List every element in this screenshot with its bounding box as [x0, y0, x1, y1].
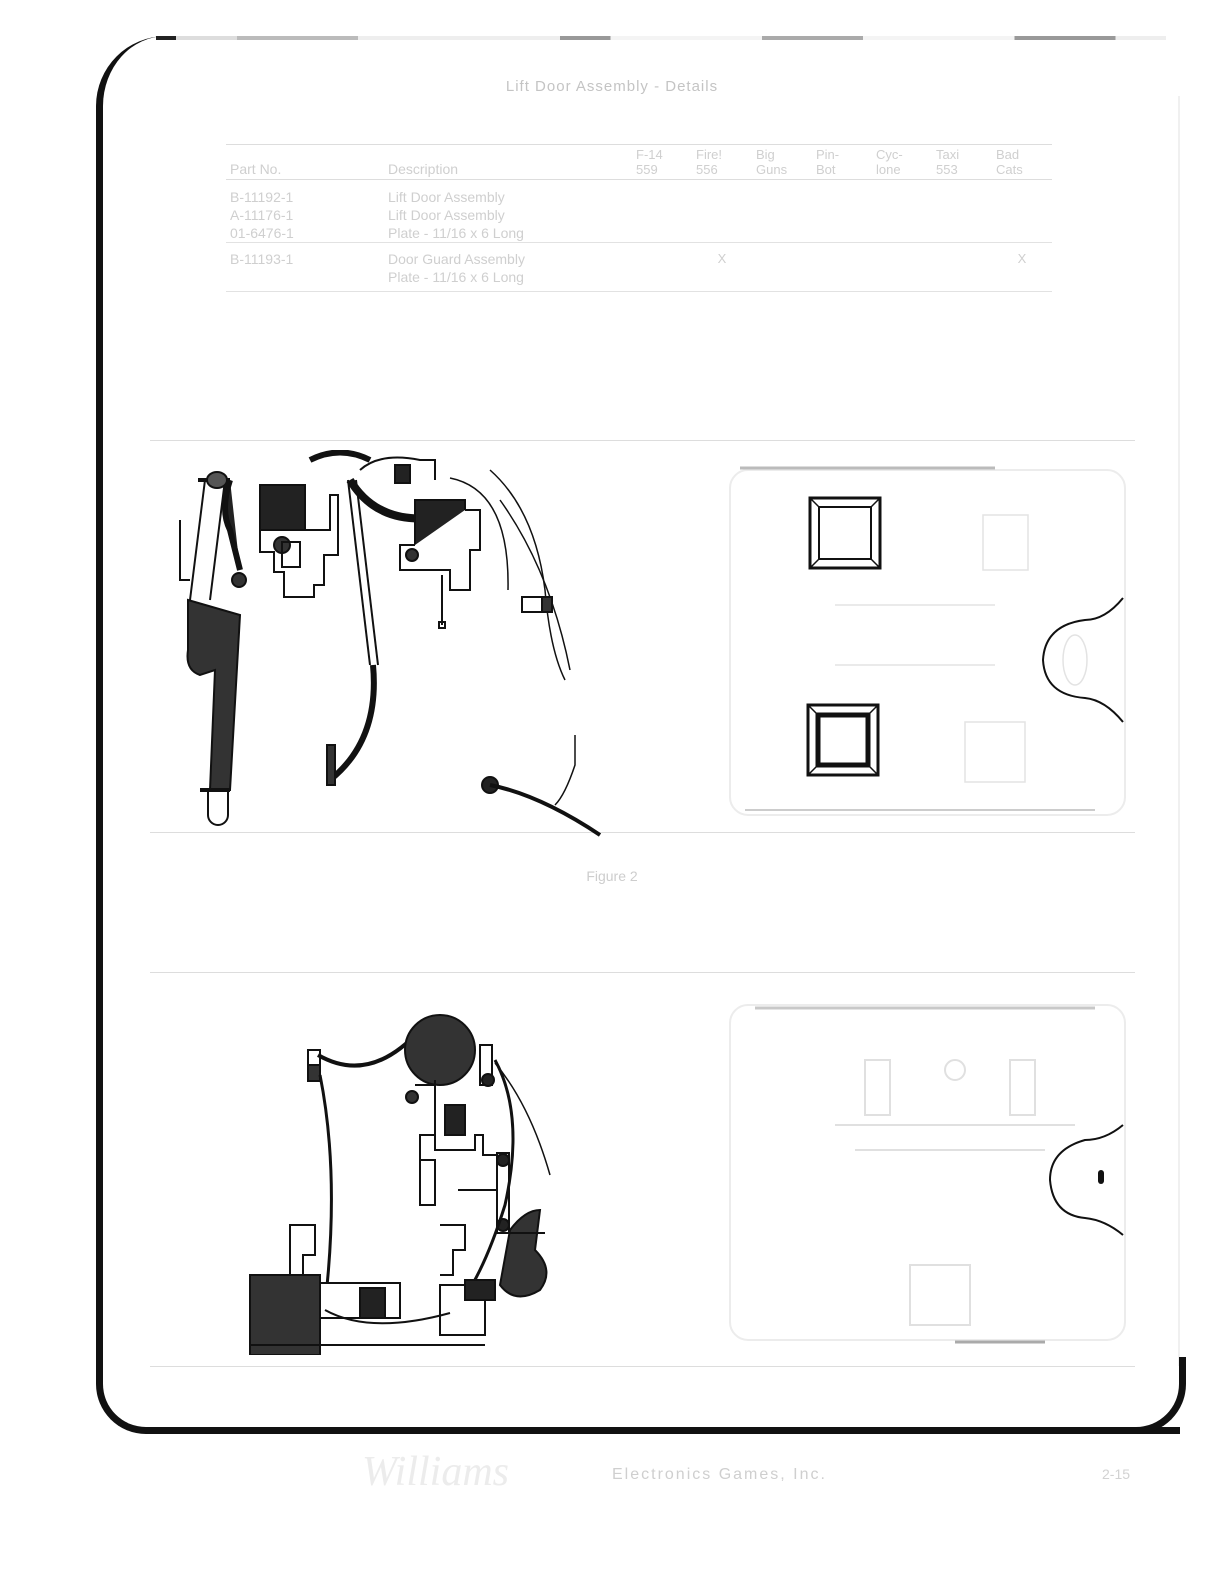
table-row: 01-6476-1 Plate - 11/16 x 6 Long: [226, 224, 1052, 243]
usage-mark: [752, 224, 812, 243]
part-description: Lift Door Assembly: [384, 188, 632, 206]
part-number: A-11176-1: [226, 206, 384, 224]
usage-mark: [812, 224, 872, 243]
usage-mark: [812, 206, 872, 224]
usage-mark: [692, 206, 752, 224]
divider: [150, 1366, 1135, 1367]
header-game: Cyc-lone: [872, 145, 932, 180]
part-description: Plate - 11/16 x 6 Long: [384, 268, 632, 292]
usage-mark: [932, 224, 992, 243]
header-game: Pin-Bot: [812, 145, 872, 180]
table-header-row: Part No. Description F-14559 Fire!556 Bi…: [226, 145, 1052, 180]
usage-mark: [992, 224, 1052, 243]
usage-mark: [692, 188, 752, 206]
usage-mark: [932, 206, 992, 224]
part-number: B-11193-1: [226, 242, 384, 268]
usage-mark: [752, 242, 812, 268]
usage-mark: [932, 242, 992, 268]
part-description: Plate - 11/16 x 6 Long: [384, 224, 632, 243]
usage-mark: X: [992, 242, 1052, 268]
table-row: Plate - 11/16 x 6 Long: [226, 268, 1052, 292]
usage-mark: [692, 268, 752, 292]
part-description: Lift Door Assembly: [384, 206, 632, 224]
usage-mark: [812, 188, 872, 206]
usage-mark: [632, 242, 692, 268]
door-plate-top-diagram: [715, 460, 1135, 830]
header-description: Description: [384, 145, 632, 180]
part-number: B-11192-1: [226, 188, 384, 206]
usage-mark: [632, 206, 692, 224]
lift-mechanism-top-diagram: [150, 450, 610, 840]
company-name: Electronics Games, Inc.: [612, 1466, 827, 1484]
page-footer: Williams Electronics Games, Inc. 2-15: [0, 1448, 1224, 1498]
part-description: Door Guard Assembly: [384, 242, 632, 268]
usage-mark: [872, 206, 932, 224]
figure-caption: Figure 2: [0, 868, 1224, 884]
part-number: 01-6476-1: [226, 224, 384, 243]
usage-mark: [812, 242, 872, 268]
usage-mark: [992, 268, 1052, 292]
usage-mark: [992, 206, 1052, 224]
header-part-no: Part No.: [226, 145, 384, 180]
usage-mark: [932, 188, 992, 206]
usage-mark: [632, 224, 692, 243]
usage-mark: [632, 188, 692, 206]
divider: [150, 440, 1135, 441]
door-plate-bottom-diagram: [715, 990, 1135, 1350]
table-row: B-11192-1 Lift Door Assembly: [226, 188, 1052, 206]
header-game: BadCats: [992, 145, 1052, 180]
header-game: F-14559: [632, 145, 692, 180]
usage-mark: [632, 268, 692, 292]
usage-mark: [872, 268, 932, 292]
header-game: Fire!556: [692, 145, 752, 180]
header-game: Taxi553: [932, 145, 992, 180]
usage-mark: X: [692, 242, 752, 268]
usage-mark: [752, 206, 812, 224]
divider: [150, 972, 1135, 973]
table-row: A-11176-1 Lift Door Assembly: [226, 206, 1052, 224]
williams-logo: Williams: [362, 1448, 509, 1496]
frame-top-edge: [156, 36, 1166, 40]
page-number: 2-15: [1102, 1466, 1130, 1482]
usage-mark: [992, 188, 1052, 206]
usage-mark: [872, 188, 932, 206]
lift-mechanism-bottom-diagram: [150, 975, 610, 1355]
header-game: BigGuns: [752, 145, 812, 180]
table-row: B-11193-1 Door Guard Assembly X X: [226, 242, 1052, 268]
usage-mark: [872, 242, 932, 268]
usage-mark: [932, 268, 992, 292]
page-title: Lift Door Assembly - Details: [0, 78, 1224, 95]
usage-mark: [812, 268, 872, 292]
usage-mark: [692, 224, 752, 243]
part-number: [226, 268, 384, 292]
usage-mark: [752, 268, 812, 292]
usage-mark: [872, 224, 932, 243]
parts-table: Part No. Description F-14559 Fire!556 Bi…: [226, 144, 1052, 292]
usage-mark: [752, 188, 812, 206]
frame-right-edge: [1178, 96, 1180, 1366]
